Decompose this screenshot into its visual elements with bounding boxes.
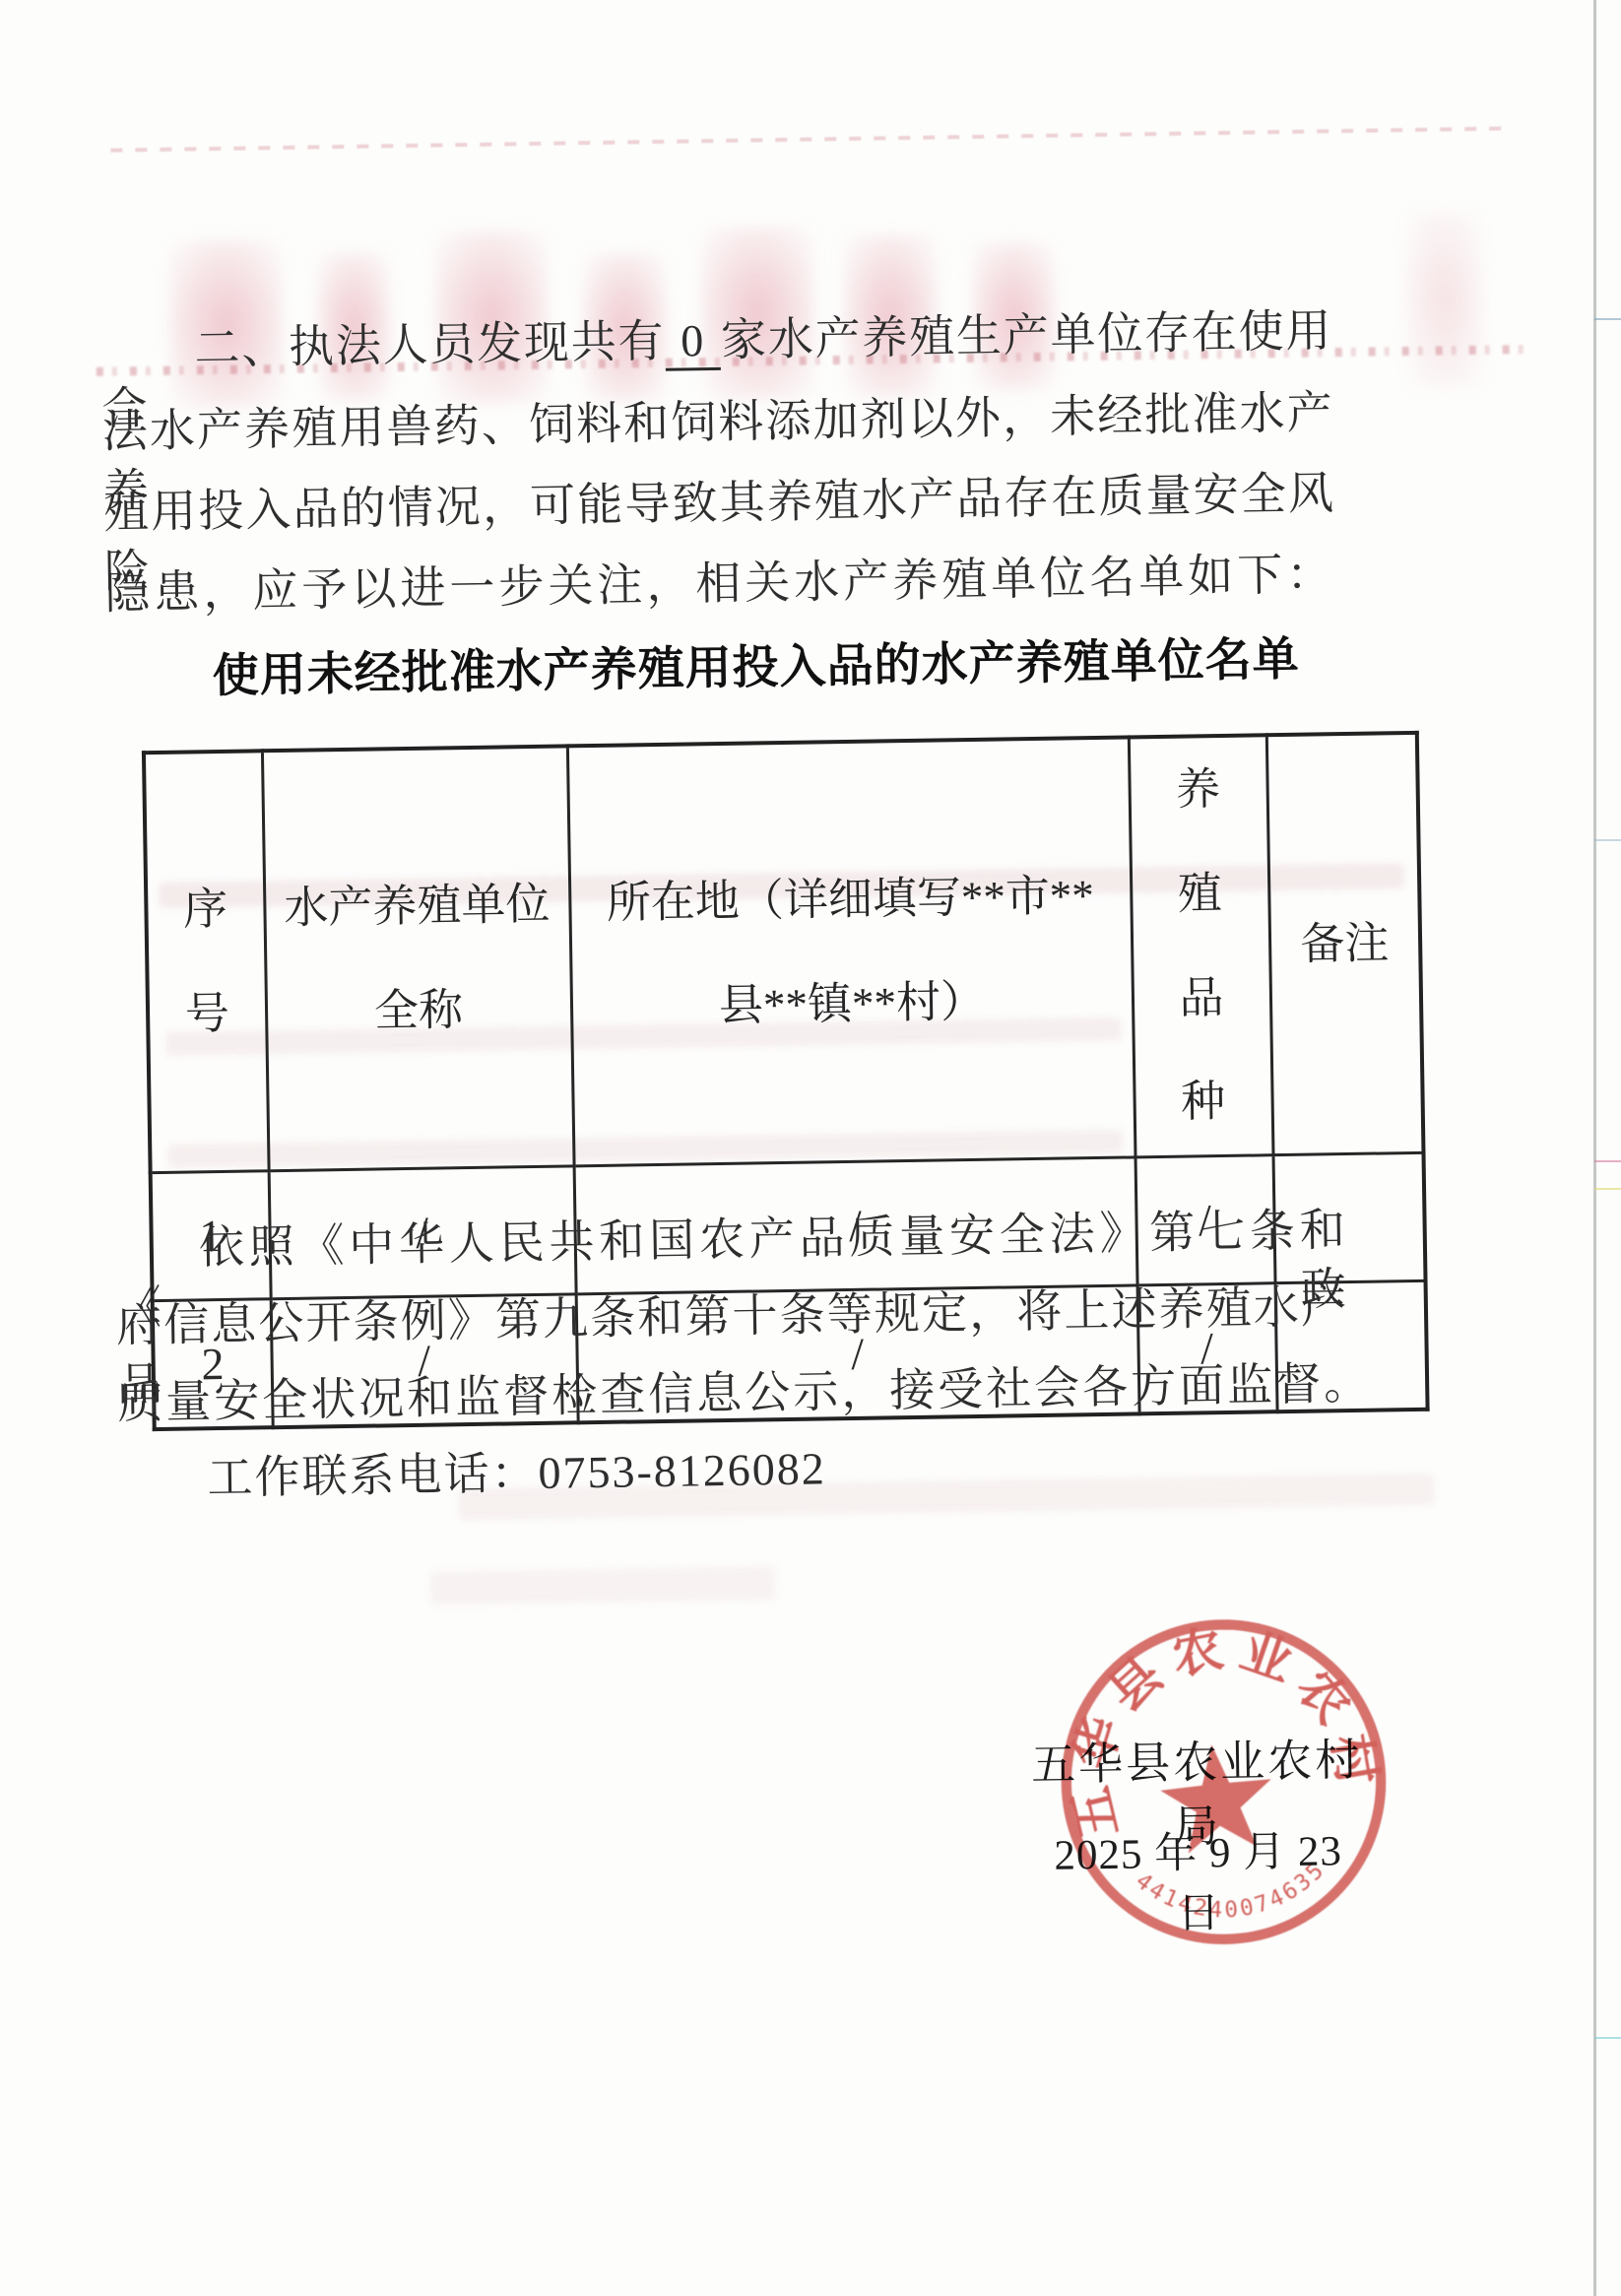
scanned-official-document-page: { "document": { "paragraph1": { "line1_p… (0, 0, 1621, 2296)
document-sheet: 二、执法人员发现共有0家水产养殖生产单位存在使用合 法水产养殖用兽药、饲料和饲料… (0, 0, 1621, 2296)
table-header-row: 序号 水产养殖单位全称 所在地（详细填写**市**县**镇**村） 养殖品种 备… (144, 733, 1424, 1173)
bleedthrough-band (430, 1566, 775, 1605)
contact-label: 工作联系电话： (207, 1448, 539, 1503)
paragraph1-line1: 二、执法人员发现共有0家水产养殖生产单位存在使用合 (100, 301, 1332, 382)
list-title: 使用未经批准水产养殖用投入品的水产养殖单位名单 (130, 621, 1382, 701)
seal-star-icon (1156, 1738, 1277, 1855)
paragraph1-line4: 隐患，应予以进一步关注，相关水产养殖单位名单如下： (104, 545, 1336, 625)
header-unit-name: 水产养殖单位全称 (262, 746, 574, 1170)
official-seal: 五华县农业农村局 4414240074635 (1036, 1594, 1412, 1970)
bleedthrough-ghost (1403, 211, 1485, 389)
paragraph1-line3: 殖用投入品的情况，可能导致其养殖水产品存在质量安全风险 (103, 464, 1335, 545)
paragraph1-line2: 法水产养殖用兽药、饲料和饲料添加剂以外，未经批准水产养 (101, 383, 1333, 464)
header-remark: 备注 (1266, 733, 1424, 1155)
header-location: 所在地（详细填写**市**县**镇**村） (567, 737, 1135, 1165)
underlined-count: 0 (665, 315, 721, 371)
paragraph1-line1-prefix: 二、执法人员发现共有 (194, 316, 666, 373)
bleedthrough-dotted-rule (110, 126, 1501, 152)
header-species: 养殖品种 (1129, 735, 1273, 1157)
contact-number: 0753-8126082 (538, 1443, 826, 1498)
header-seq-no: 序号 (144, 751, 269, 1172)
